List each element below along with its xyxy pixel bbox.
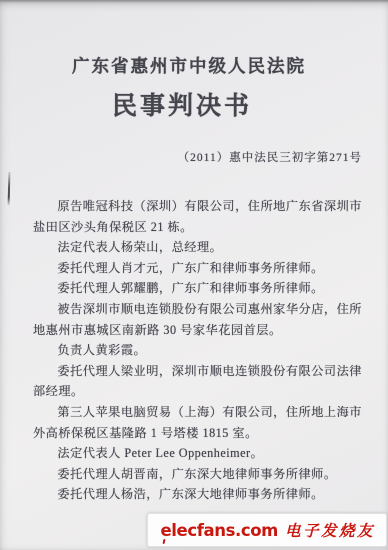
scan-top-edge — [0, 0, 388, 3]
scanned-judgment-page: 广东省惠州市中级人民法院 民事判决书 （2011）惠中法民三初字第271号 原告… — [0, 0, 388, 550]
scan-fold-line — [8, 172, 10, 206]
document-title: 民事判决书 — [0, 86, 376, 122]
paragraph-third-party: 第三人苹果电脑贸易（上海）有限公司，住所地上海市外高桥保税区基隆路 1 号塔楼 … — [33, 402, 362, 443]
court-name: 广东省惠州市中级人民法院 — [0, 53, 383, 78]
elecfans-watermark: elecfans.com 电子发烧友 — [147, 513, 388, 547]
paragraph-agent: 委托代理人杨浩，广东深大地律师事务所律师。 — [33, 484, 362, 505]
paragraph-person-in-charge: 负责人黄彩霞。 — [33, 340, 362, 361]
paragraph-legal-rep: 法定代表人 Peter Lee Oppenheimer。 — [33, 443, 362, 464]
paragraph-defendant: 被告深圳市顺电连锁股份有限公司惠州家华分店，住所地惠州市惠城区南新路 30 号家… — [33, 299, 362, 340]
case-number: （2011）惠中法民三初字第271号 — [178, 149, 362, 165]
elecfans-logo: elecfans.com — [161, 521, 278, 540]
judgment-body: 原告唯冠科技（深圳）有限公司，住所地广东省深圳市盐田区沙头角保税区 21 栋。 … — [33, 196, 362, 505]
paragraph-agent: 委托代理人梁业明，深圳市顺电连锁股份有限公司法律部经理。 — [33, 361, 362, 402]
paragraph-plaintiff: 原告唯冠科技（深圳）有限公司，住所地广东省深圳市盐田区沙头角保税区 21 栋。 — [33, 196, 362, 237]
paragraph-agent: 委托代理人肖才元，广东广和律师事务所律师。 — [33, 258, 362, 279]
paragraph-agent: 委托代理人胡晋南，广东深大地律师事务所律师。 — [33, 464, 362, 485]
paragraph-agent: 委托代理人郭耀鹏，广东广和律师事务所律师。 — [33, 278, 362, 299]
paragraph-legal-rep: 法定代表人杨荣山，总经理。 — [33, 237, 362, 258]
elecfans-site-name: 电子发烧友 — [285, 519, 375, 541]
